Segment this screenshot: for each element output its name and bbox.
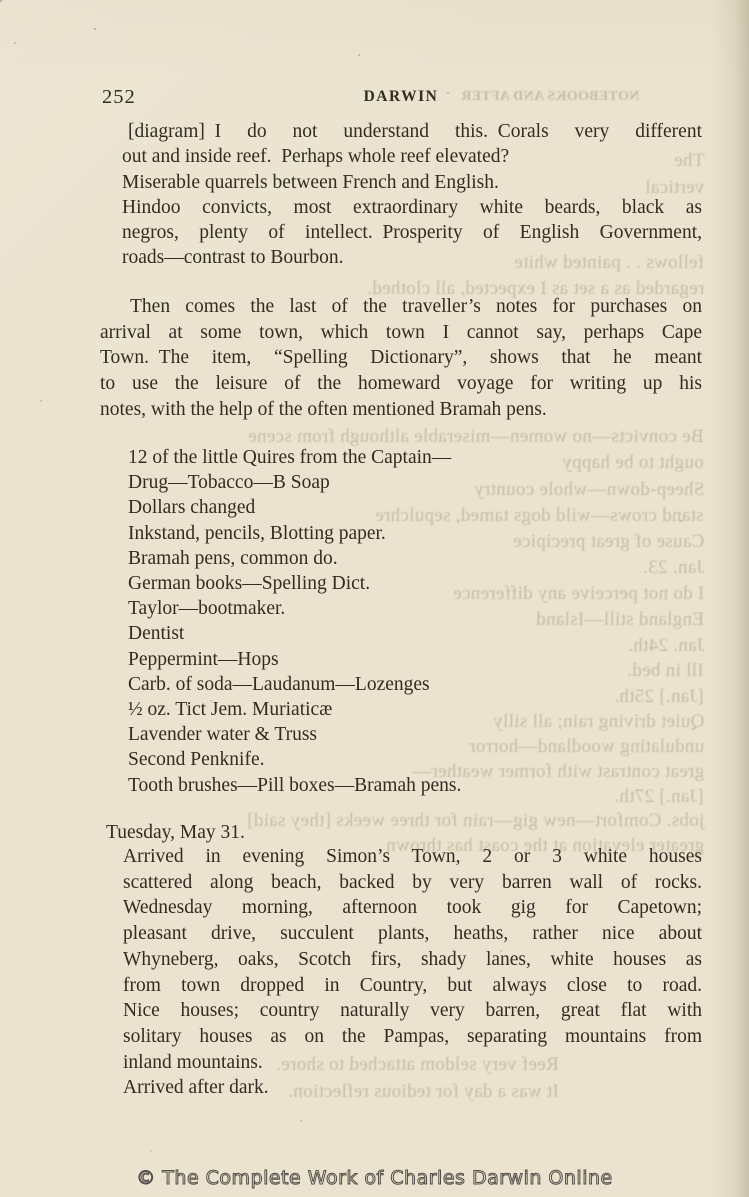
text-line: Second Penknife. <box>128 747 728 772</box>
text-line: Then comes the last of the traveller’s n… <box>100 294 702 320</box>
text-line: Carb. of soda—Laudanum—Lozenges <box>128 672 728 697</box>
text-line: ½ oz. Tict Jem. Muriaticæ <box>128 697 728 722</box>
show-through-line: jobs. Comfort—new gig—rain for three wee… <box>247 808 704 833</box>
text-line: inland mountains. <box>123 1050 702 1076</box>
diary-date-heading: Tuesday, May 31. <box>106 822 245 844</box>
text-line: Taylor—bootmaker. <box>128 596 728 621</box>
text-line: [diagram] I do not understand this. Cora… <box>122 119 702 144</box>
notebook-extract-block: [diagram] I do not understand this. Cora… <box>122 119 702 271</box>
text-line: Bramah pens, common do. <box>128 546 728 571</box>
diary-paragraph: Arrived in evening Simon’s Town, 2 or 3 … <box>123 844 702 1101</box>
text-line: Peppermint—Hops <box>128 647 728 672</box>
text-line: Hindoo convicts, most extraordinary whit… <box>122 195 702 220</box>
text-line: pleasant drive, succulent plants, heaths… <box>123 921 702 947</box>
text-line: from town dropped in Country, but always… <box>123 973 702 999</box>
text-line: out and inside reef. Perhaps whole reef … <box>122 144 702 169</box>
text-line: Whyneberg, oaks, Scotch firs, shady lane… <box>123 947 702 973</box>
purchase-list: 12 of the little Quires from the Captain… <box>128 445 728 798</box>
text-line: 12 of the little Quires from the Captain… <box>128 445 728 470</box>
text-line: Dentist <box>128 621 728 646</box>
text-line: German books—Spelling Dict. <box>128 571 728 596</box>
text-line: Tooth brushes—Pill boxes—Bramah pens. <box>128 773 728 798</box>
paper-specks <box>0 0 2 2</box>
text-line: Dollars changed <box>128 495 728 520</box>
text-line: Miserable quarrels between French and En… <box>122 170 702 195</box>
text-line: scattered along beach, backed by very ba… <box>123 870 702 896</box>
text-line: solitary houses as on the Pampas, separa… <box>123 1024 702 1050</box>
text-line: to use the leisure of the homeward voyag… <box>100 371 702 397</box>
commentary-paragraph: Then comes the last of the traveller’s n… <box>100 294 702 423</box>
text-line: roads—contrast to Bourbon. <box>122 245 702 270</box>
running-head: DARWIN <box>100 88 702 106</box>
text-line: Nice houses; country naturally very barr… <box>123 998 702 1024</box>
text-line: Inkstand, pencils, Blotting paper. <box>128 521 728 546</box>
text-line: Town. The item, “Spelling Dictionary”, s… <box>100 345 702 371</box>
watermark-copyright: © The Complete Work of Charles Darwin On… <box>0 1167 749 1189</box>
text-line: Lavender water & Truss <box>128 722 728 747</box>
text-line: Arrived after dark. <box>123 1075 702 1101</box>
text-line: notes, with the help of the often mentio… <box>100 397 702 423</box>
text-line: Arrived in evening Simon’s Town, 2 or 3 … <box>123 844 702 870</box>
text-line: Wednesday morning, afternoon took gig fo… <box>123 895 702 921</box>
text-line: Drug—Tobacco—B Soap <box>128 470 728 495</box>
book-page-scan: NOTEBOOKS AND AFTERTheverticalfellows . … <box>0 0 749 1197</box>
text-line: arrival at some town, which town I canno… <box>100 320 702 346</box>
text-line: negros, plenty of intellect. Prosperity … <box>122 220 702 245</box>
